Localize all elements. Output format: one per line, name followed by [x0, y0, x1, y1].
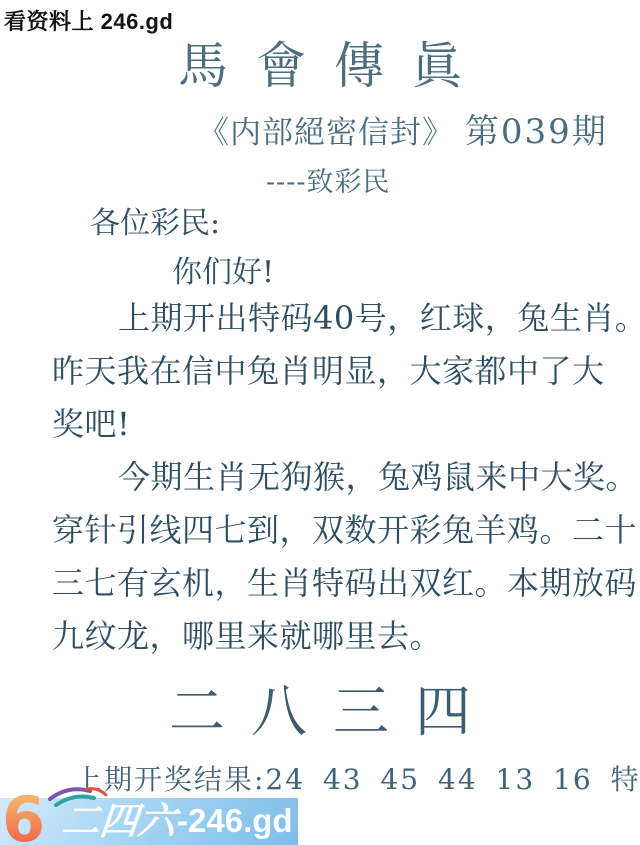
letter-line: 昨天我在信中兔肖明显，大家都中了大 [52, 345, 626, 398]
tip-code: 二八三四 [0, 668, 640, 748]
letter-line: 穿针引线四七到，双数开彩兔羊鸡。二十 [52, 504, 626, 557]
letter-line: 九纹龙，哪里来就哪里去。 [52, 610, 626, 663]
greeting: 你们好! [172, 247, 274, 291]
brand-domain: -246.gd [177, 799, 293, 843]
brand-lockup: 二四六-246.gd [62, 799, 293, 843]
issue-number: 第039期 [465, 112, 608, 152]
letter-line: 上期开出特码40号，红球，兔生肖。 [52, 292, 626, 345]
brand-name-chinese: 二四六 [60, 799, 179, 843]
fax-letter-page: 看资料上 246.gd 馬會傳眞 《内部絕密信封》 第039期 ----致彩民 … [0, 0, 640, 845]
letter-body: 上期开出特码40号，红球，兔生肖。昨天我在信中兔肖明显，大家都中了大奖吧!今期生… [52, 292, 626, 663]
letter-subtitle: 《内部絕密信封》 第039期 [198, 104, 608, 153]
letter-title: 馬會傳眞 [0, 26, 640, 98]
subtitle-envelope: 《内部絕密信封》 [198, 115, 454, 151]
logo-six-icon: 6 [2, 789, 45, 845]
letter-line: 今期生肖无狗猴，兔鸡鼠来中大奖。 [52, 451, 626, 504]
dedication-line: ----致彩民 [266, 160, 391, 199]
last-draw-results: 上期开奖结果:24 43 45 44 13 16 特40 [74, 758, 640, 798]
letter-line: 奖吧! [52, 398, 626, 451]
letter-line: 三七有玄机，生肖特码出双红。本期放码 [52, 557, 626, 610]
salutation: 各位彩民: [90, 198, 220, 242]
